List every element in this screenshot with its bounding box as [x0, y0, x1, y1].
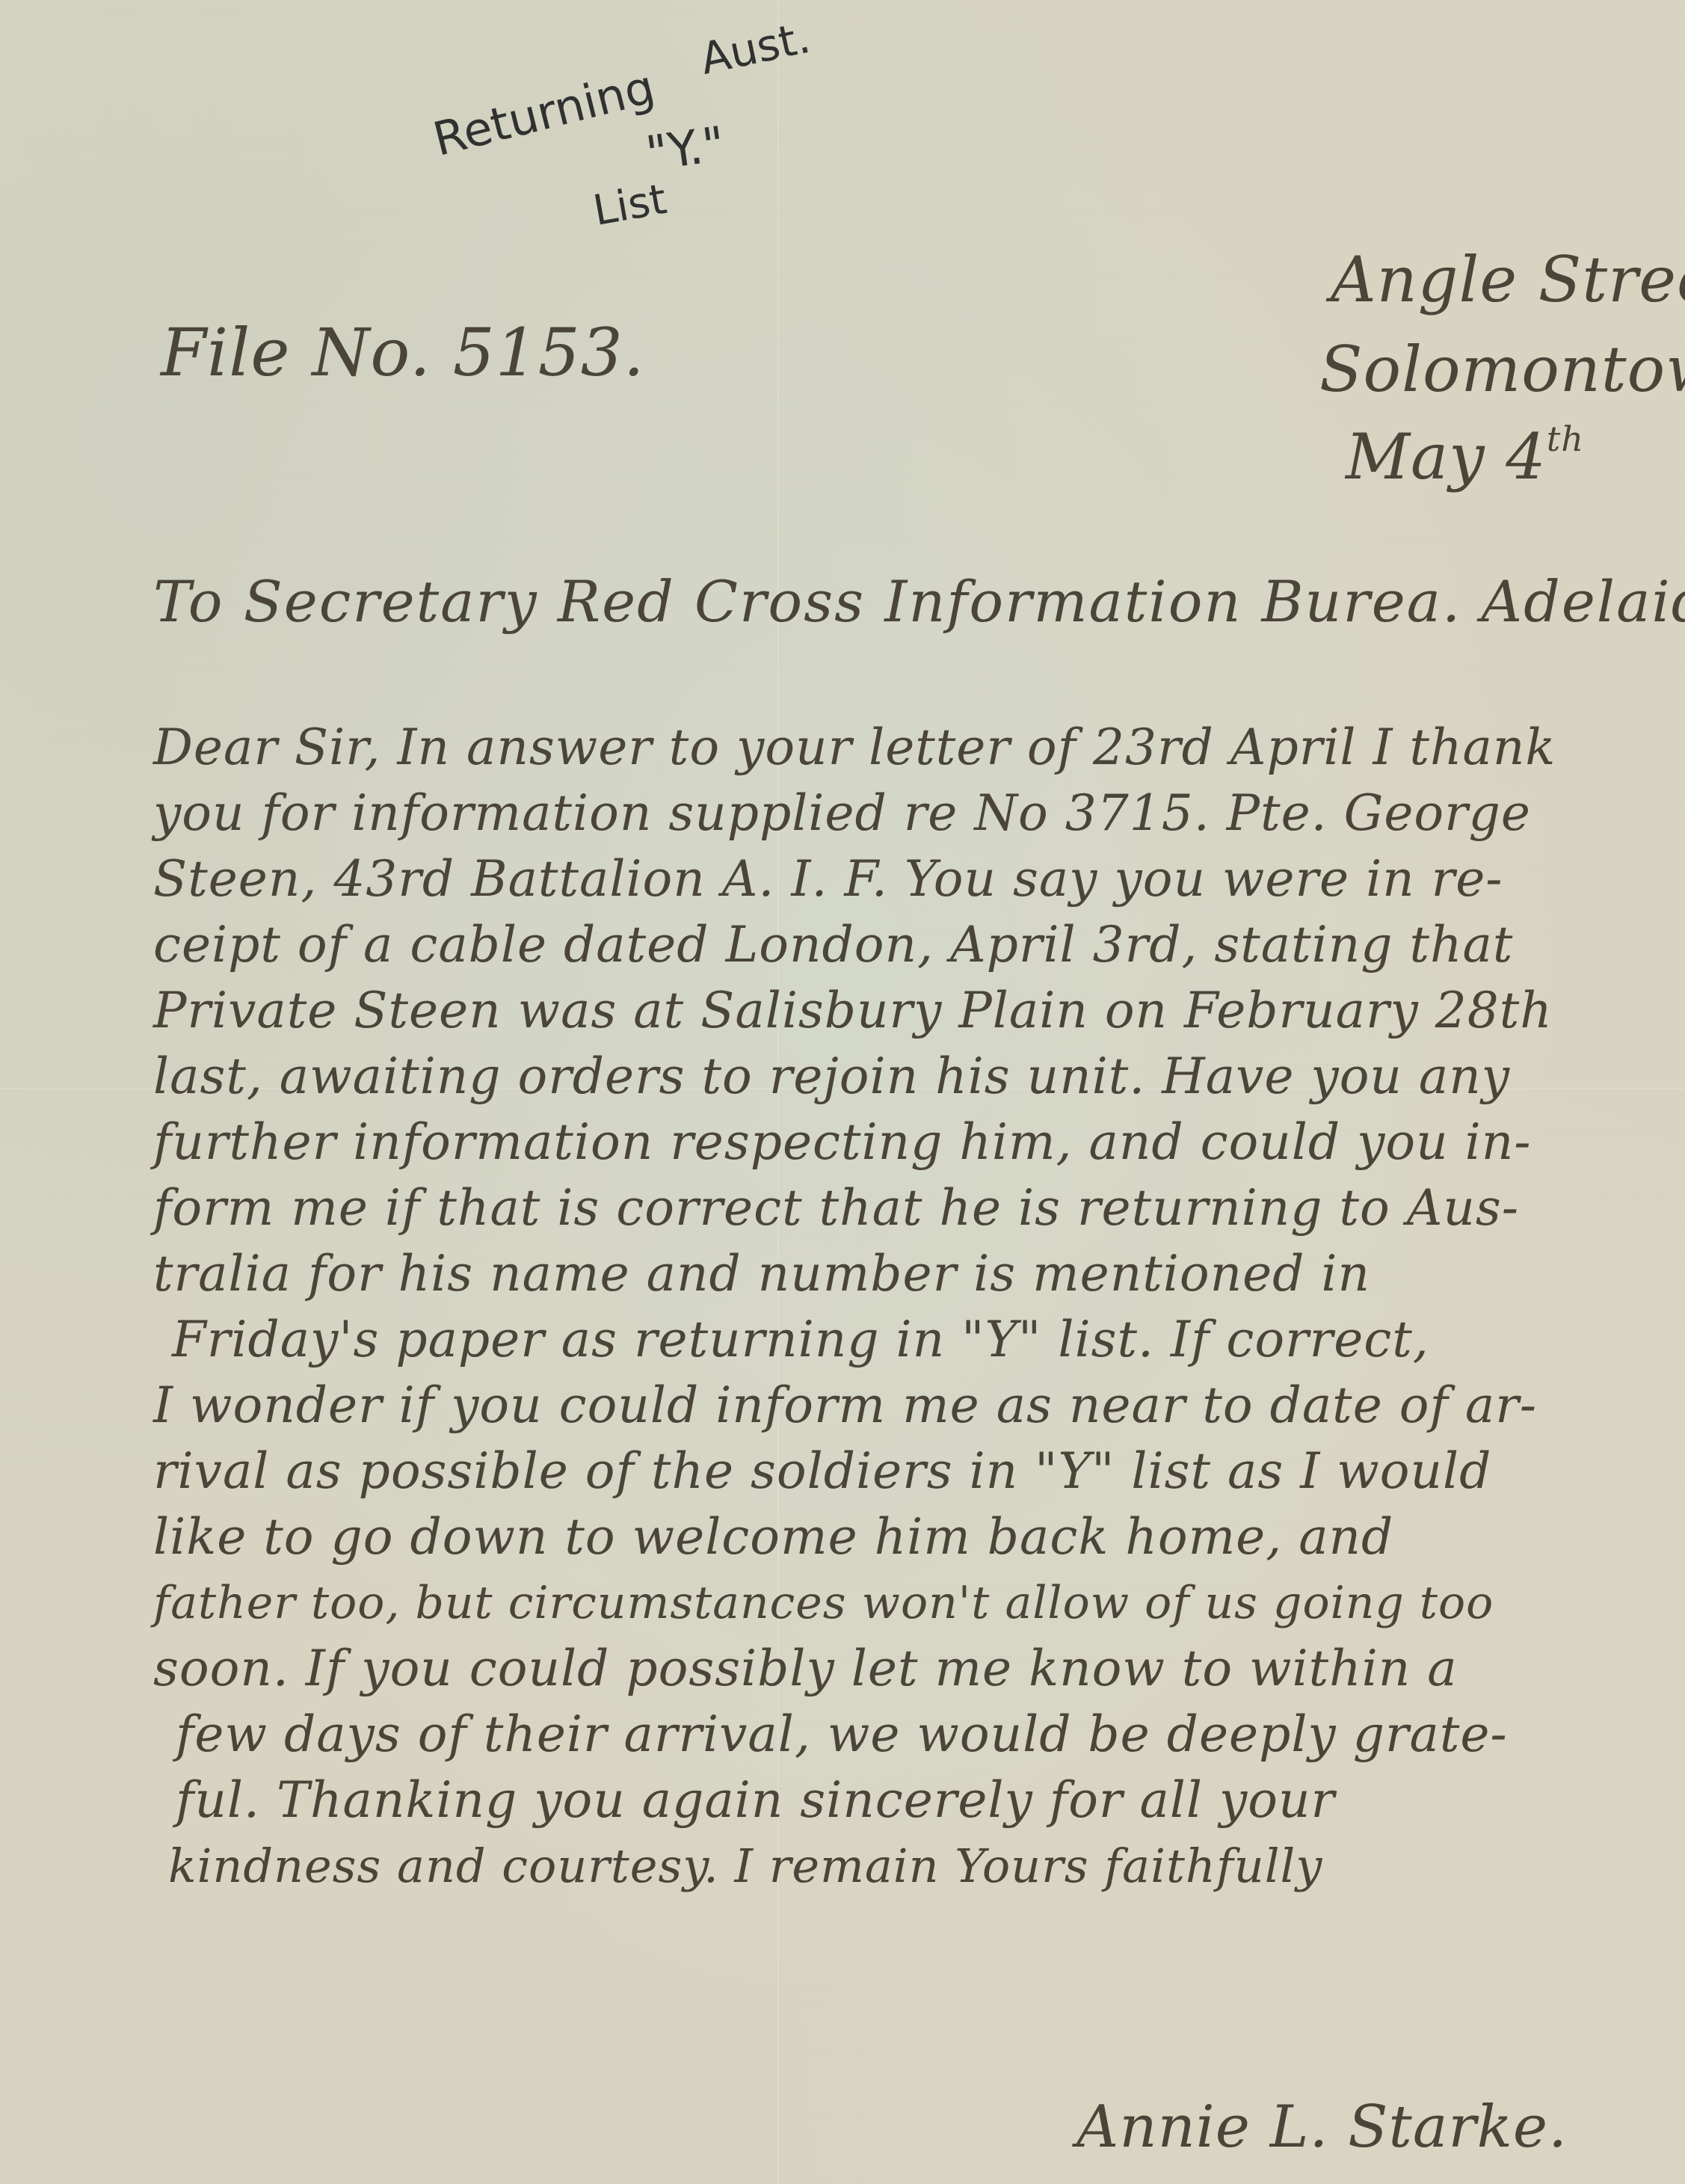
body-line: Dear Sir, In answer to your letter of 23…	[153, 718, 1556, 778]
date-month-day: May 4	[1346, 420, 1547, 493]
body-line: Friday's paper as returning in "Y" list.…	[172, 1310, 1429, 1370]
annotation-returning: Returning	[428, 59, 659, 167]
signature: Annie L. Starke.	[1076, 2094, 1568, 2161]
address-street: Angle Street	[1331, 243, 1685, 316]
annotation-y: "Y."	[643, 117, 729, 182]
body-line: kindness and courtesy. I remain Yours fa…	[168, 1836, 1322, 1896]
letter-date: May 4th	[1346, 419, 1584, 493]
body-line: Private Steen was at Salisbury Plain on …	[153, 981, 1553, 1041]
body-line: like to go down to welcome him back home…	[153, 1507, 1393, 1567]
body-line: soon. If you could possibly let me know …	[153, 1639, 1458, 1699]
body-line: form me if that is correct that he is re…	[153, 1178, 1519, 1238]
body-line: few days of their arrival, we would be d…	[176, 1705, 1508, 1765]
body-line: rival as possible of the soldiers in "Y"…	[153, 1442, 1491, 1501]
address-town: Solomontown	[1319, 333, 1685, 406]
body-line: you for information supplied re No 3715.…	[153, 784, 1531, 843]
annotation-list: List	[590, 175, 671, 236]
body-line: I wonder if you could inform me as near …	[153, 1376, 1537, 1436]
file-reference: File No. 5153.	[161, 314, 645, 391]
body-line: father too, but circumstances won't allo…	[153, 1573, 1494, 1633]
body-line: further information respecting him, and …	[153, 1113, 1532, 1172]
letter-page: { "annotation": { "line1": "Returning", …	[0, 0, 1685, 2184]
body-line: Steen, 43rd Battalion A. I. F. You say y…	[153, 849, 1503, 909]
body-line: ceipt of a cable dated London, April 3rd…	[153, 915, 1513, 975]
body-line: tralia for his name and number is mentio…	[153, 1244, 1370, 1304]
annotation-aust: Aust.	[696, 12, 815, 84]
recipient-line: To Secretary Red Cross Information Burea…	[153, 568, 1685, 635]
body-line: ful. Thanking you again sincerely for al…	[176, 1771, 1335, 1830]
body-line: last, awaiting orders to rejoin his unit…	[153, 1047, 1510, 1107]
date-suffix: th	[1547, 419, 1584, 459]
